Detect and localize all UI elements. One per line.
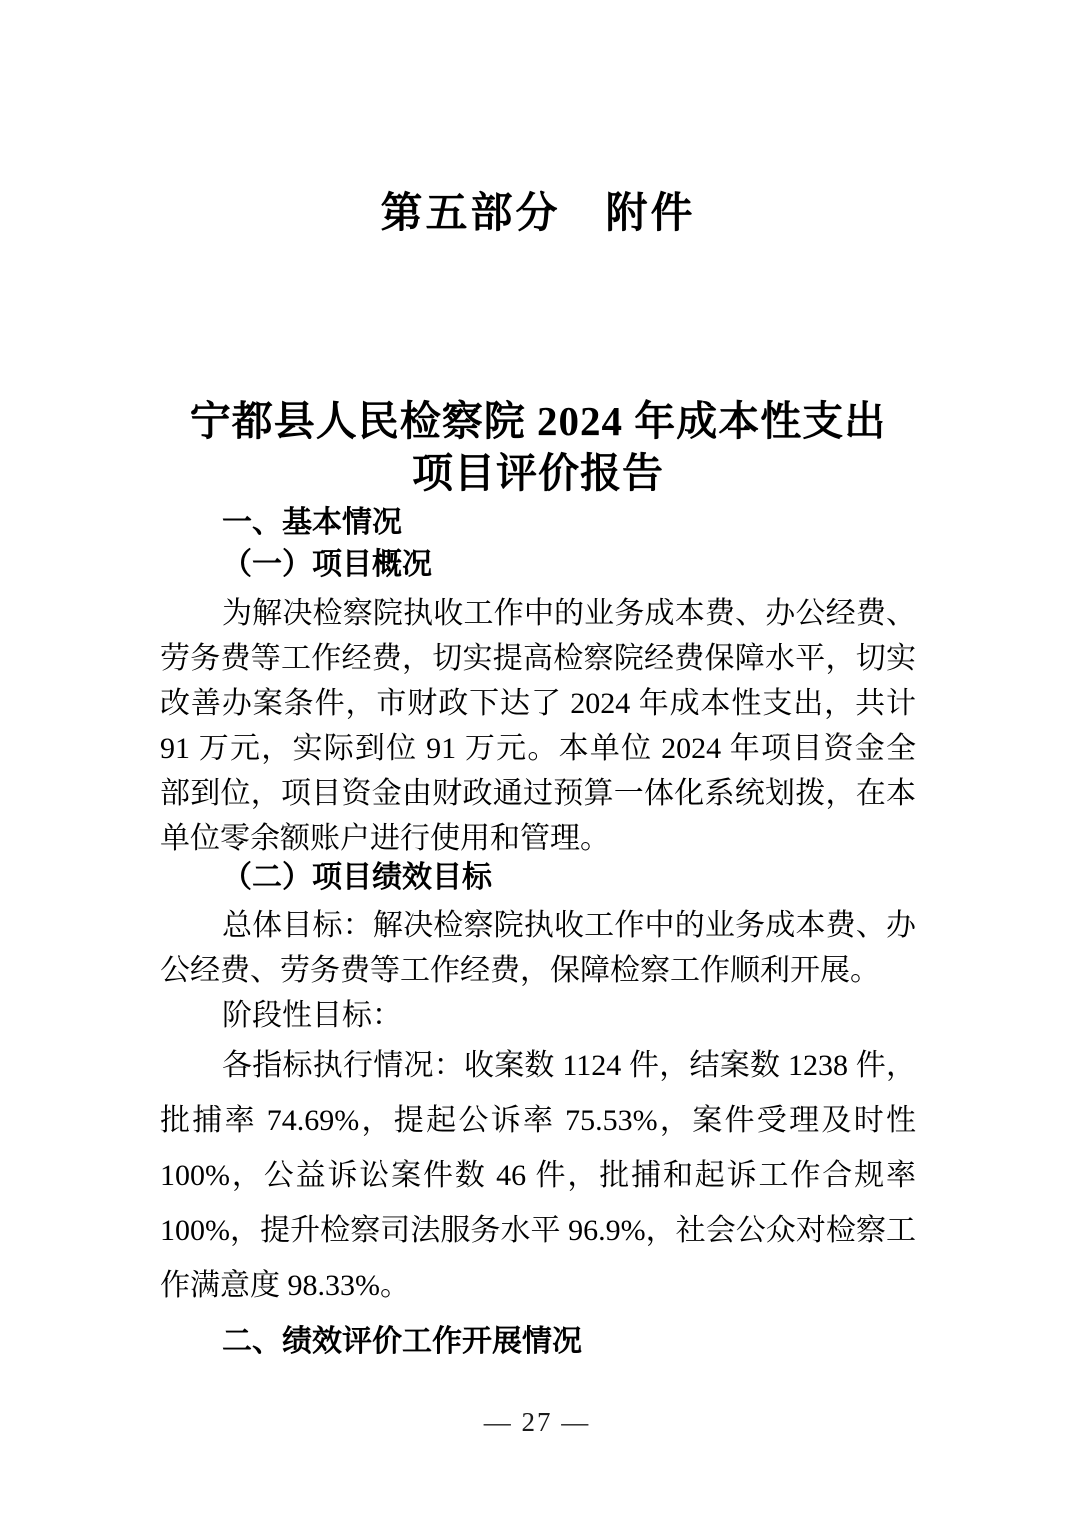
page-number: — 27 —	[0, 1405, 1074, 1439]
report-title-line1: 宁都县人民检察院 2024 年成本性支出	[160, 395, 916, 447]
report-title-line2: 项目评价报告	[160, 447, 916, 499]
document-content: 第五部分 附件 宁都县人民检察院 2024 年成本性支出 项目评价报告 一、基本…	[0, 0, 1074, 1361]
section-heading-performance-goals: （二）项目绩效目标	[160, 859, 916, 897]
section-heading-evaluation-work: 二、绩效评价工作开展情况	[160, 1323, 916, 1361]
document-page: 第五部分 附件 宁都县人民检察院 2024 年成本性支出 项目评价报告 一、基本…	[0, 0, 1074, 1520]
paragraph-stage-goal: 阶段性目标：	[160, 993, 916, 1038]
section-heading-basic-situation: 一、基本情况	[160, 504, 916, 542]
paragraph-project-overview: 为解决检察院执收工作中的业务成本费、办公经费、劳务费等工作经费，切实提高检察院经…	[160, 591, 916, 861]
report-title: 宁都县人民检察院 2024 年成本性支出 项目评价报告	[160, 395, 916, 499]
paragraph-indicator-execution: 各指标执行情况：收案数 1124 件，结案数 1238 件，批捕率 74.69%…	[160, 1038, 916, 1313]
part-heading: 第五部分 附件	[160, 190, 916, 238]
paragraph-overall-goal: 总体目标：解决检察院执收工作中的业务成本费、办公经费、劳务费等工作经费，保障检察…	[160, 903, 916, 993]
section-heading-project-overview: （一）项目概况	[160, 546, 916, 584]
